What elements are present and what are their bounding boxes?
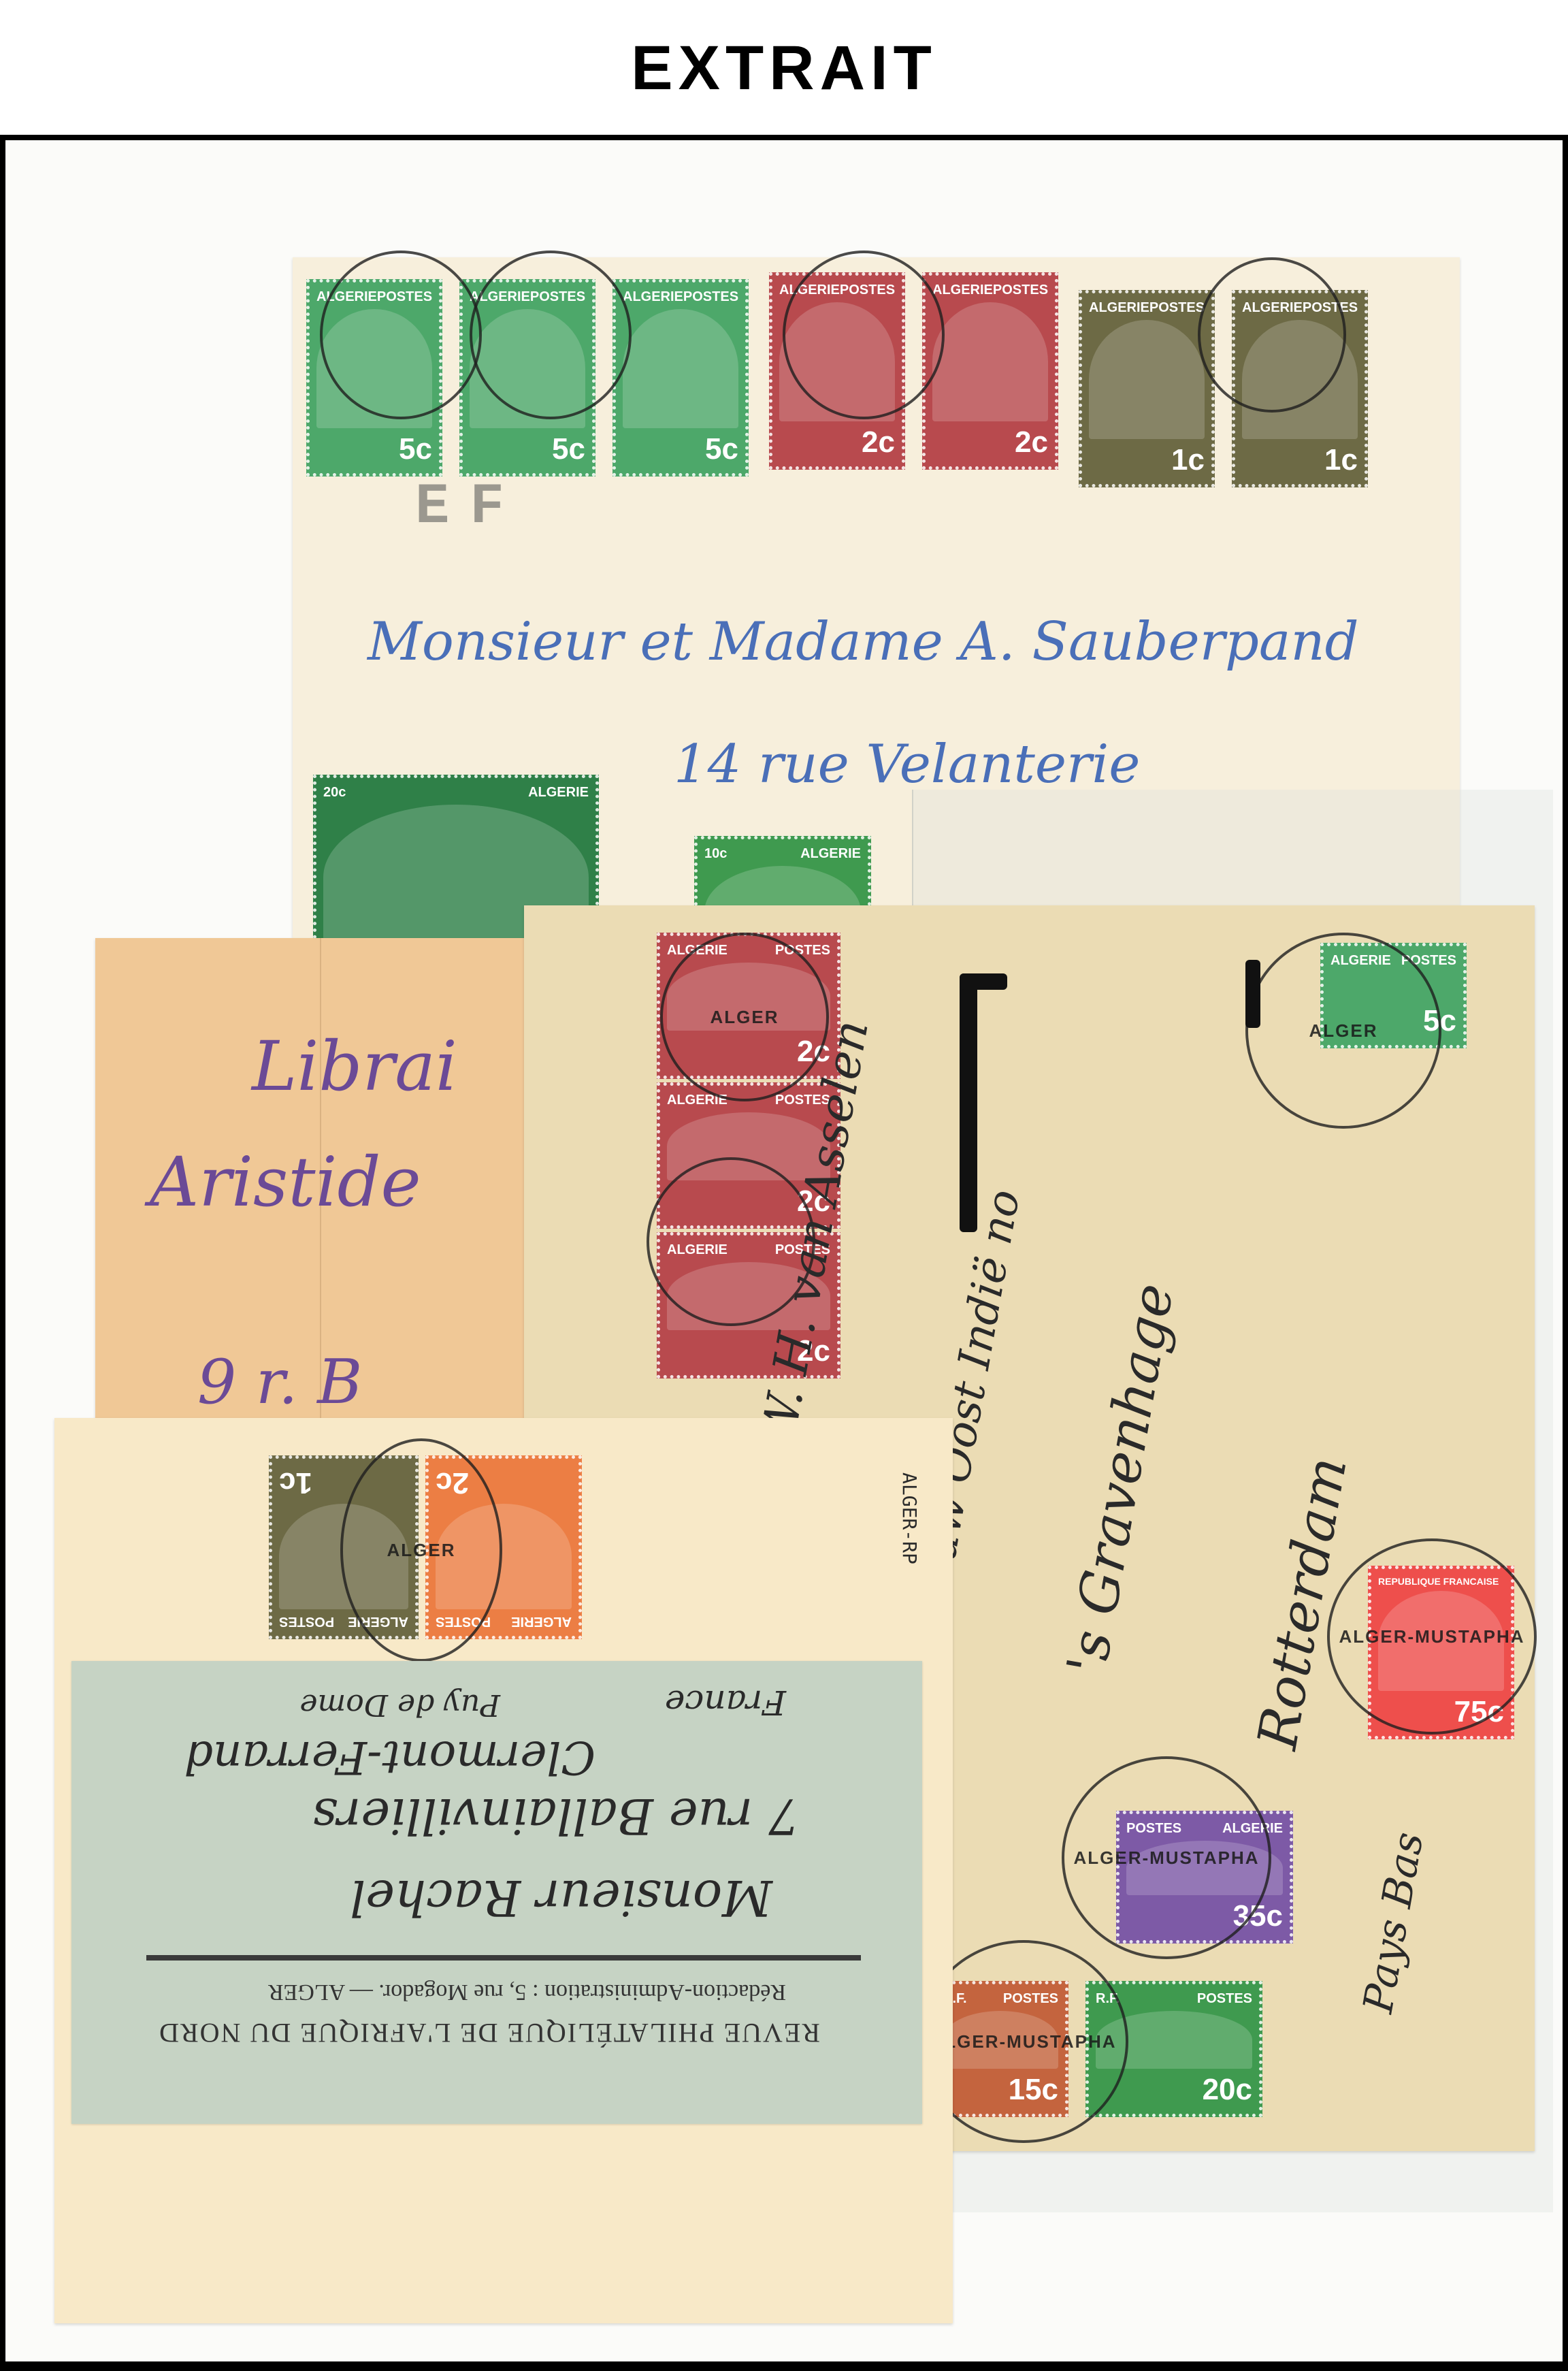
stamp-value: 5c [470,432,585,466]
stamp-value: 2c [932,425,1048,459]
tax-mark-bar [960,973,1007,990]
flame-cancel: EF [415,475,525,540]
printed-title: REVUE PHILATÉLIQUE DE L'AFRIQUE DU NORD [158,2017,820,2049]
stamp-value: 2c [779,425,895,459]
postmark [783,251,945,419]
stamp-country: ALGERIE [511,1613,572,1629]
stamp-country: ALGERIE [528,785,589,801]
ink-mark [1245,960,1260,1028]
stamp-value: 10c [704,846,727,862]
stamp-label: POSTES [279,1613,334,1629]
postmark [320,251,482,419]
stamp-label: POSTES [1149,300,1205,316]
address-line: 14 rue Velanterie [674,734,1140,795]
page-title: EXTRAIT [631,33,937,104]
stamp-label: POSTES [683,289,738,305]
stamp-value: 5c [316,432,432,466]
address-line: Monsieur et Madame A. Sauberpand [367,611,1359,673]
side-mark: ALGER-RP [898,1472,921,1564]
address-line: France [665,1683,786,1722]
stamp-country: ALGERIE [932,283,993,298]
postmark: ALGER [340,1438,502,1662]
address-line: Pays Bas [1354,1828,1433,2016]
tax-mark [960,973,977,1232]
postmark: ALGER-MUSTAPHA [1062,1756,1271,1959]
stamp: ALGERIEPOSTES 1c [1079,290,1215,487]
stamp-country: ALGERIE [1089,300,1149,316]
cover-orange: Librai Aristide 9 r. B [95,938,538,1428]
address-line: 's Gravenhage [1055,1279,1186,1679]
stamp-value: 1c [1089,443,1205,477]
postmark: ALGER-MUSTAPHA [1327,1538,1537,1735]
address-line: Monsieur Rachel [350,1869,772,1926]
address-line: Puy de Dome [299,1688,500,1722]
stamp-value: 1c [1242,443,1358,477]
postmark: ALGER [660,933,829,1101]
address-line: 7 rue Ballainvilliers [312,1788,800,1845]
stamp-label: POSTES [993,283,1048,298]
stamp: ALGERIEPOSTES 2c [922,272,1058,470]
address-line: Clermont-Ferrand [184,1731,595,1784]
stamp-value: 20c [323,785,346,801]
stamp: ALGERIEPOSTES 5c [612,279,749,477]
stamp-label: POSTES [1197,1991,1252,2007]
postmark [1198,257,1346,413]
address-line: 9 r. B [197,1346,362,1418]
stamp-country: ALGERIE [800,846,861,862]
page-header: EXTRAIT [0,0,1568,136]
address-line: Librai [252,1027,457,1106]
postmark [470,251,632,419]
printed-subtitle: Rédaction-Administration : 5, rue Mogado… [268,1979,786,2005]
address-line: Aristide [150,1142,421,1222]
postmark: ALGER [1245,933,1441,1129]
address-label: REVUE PHILATÉLIQUE DE L'AFRIQUE DU NORD … [71,1661,922,2124]
stamp-value: 5c [623,432,738,466]
printed-rule [146,1955,861,1961]
stamp-country: ALGERIE [623,289,683,305]
